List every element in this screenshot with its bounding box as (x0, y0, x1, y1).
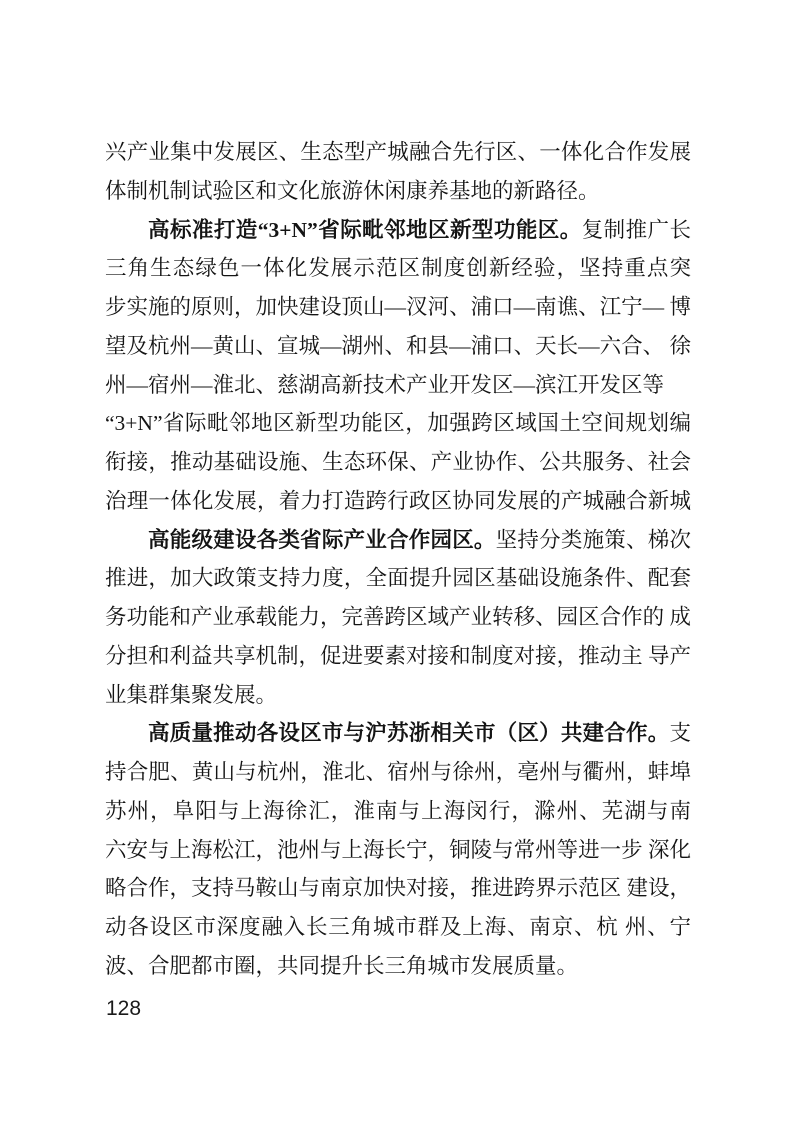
document-page: 兴产业集中发展区、生态型产城融合先行区、一体化合作发展体制机制试验区和文化旅游休… (0, 0, 793, 1122)
body-text: 复制推广长 (582, 218, 691, 242)
text-line: 兴产业集中发展区、生态型产城融合先行区、一体化合作发展 (105, 133, 691, 172)
text-line: 衔接，推动基础设施、生态环保、产业协作、公共服务、社会 (105, 443, 691, 482)
text-line: 推进，加大政策支持力度，全面提升园区基础设施条件、配套 服 (105, 559, 691, 598)
text-line: 动各设区市深度融入长三角城市群及上海、南京、杭 州、宁 (105, 908, 691, 947)
body-text: 三角生态绿色一体化发展示范区制度创新经验，坚持重点突破、 分 (105, 256, 691, 288)
bold-heading-text: 高质量推动各设区市与沪苏浙相关市（区）共建合作。 (148, 721, 669, 745)
body-text: “3+N”省际毗邻地区新型功能区，加强跨区域国土空间规划编制 (105, 411, 691, 443)
text-line: “3+N”省际毗邻地区新型功能区，加强跨区域国土空间规划编制 (105, 404, 691, 443)
bold-heading-text: 高标准打造“3+N”省际毗邻地区新型功能区。 (148, 218, 582, 242)
text-line: 高能级建设各类省际产业合作园区。坚持分类施策、梯次 (105, 521, 691, 560)
body-text: 苏州，阜阳与上海徐汇，淮南与上海闵行，滁州、芜湖与南 京， (105, 799, 691, 831)
body-text: 波、合肥都市圈，共同提升长三角城市发展质量。 (105, 954, 578, 978)
body-text: 步实施的原则，加快建设顶山—汊河、浦口—南谯、江宁— 博 (105, 295, 691, 319)
body-text: 治理一体化发展，着力打造跨行政区协同发展的产城融合新城区。 (105, 489, 691, 521)
text-line: 略合作，支持马鞍山与南京加快对接，推进跨界示范区 建设，推 (105, 869, 691, 908)
text-line: 业集群集聚发展。 (105, 676, 691, 715)
text-line: 望及杭州—黄山、宣城—湖州、和县—浦口、天长—六合、 徐 (105, 327, 691, 366)
text-line: 步实施的原则，加快建设顶山—汊河、浦口—南谯、江宁— 博 (105, 288, 691, 327)
body-text: 略合作，支持马鞍山与南京加快对接，推进跨界示范区 建设，推 (105, 876, 691, 908)
text-line: 体制机制试验区和文化旅游休闲康养基地的新路径。 (105, 172, 691, 211)
body-text: 推进，加大政策支持力度，全面提升园区基础设施条件、配套 服 (105, 566, 691, 598)
text-line: 务功能和产业承载能力，完善跨区域产业转移、园区合作的 成本 (105, 598, 691, 637)
body-text: 务功能和产业承载能力，完善跨区域产业转移、园区合作的 成本 (105, 605, 691, 637)
page-number: 128 (106, 995, 141, 1023)
text-line: 分担和利益共享机制，促进要素对接和制度对接，推动主 导产 (105, 637, 691, 676)
body-text: 体制机制试验区和文化旅游休闲康养基地的新路径。 (105, 179, 600, 203)
text-line: 持合肥、黄山与杭州，淮北、宿州与徐州，亳州与衢州，蚌埠 与 (105, 753, 691, 792)
body-text: 州—宿州—淮北、慈湖高新技术产业开发区—滨江开发区等 (105, 373, 664, 397)
text-line: 苏州，阜阳与上海徐汇，淮南与上海闵行，滁州、芜湖与南 京， (105, 792, 691, 831)
body-text: 业集群集聚发展。 (105, 683, 277, 707)
body-text: 衔接，推动基础设施、生态环保、产业协作、公共服务、社会 (105, 450, 691, 474)
bold-heading-text: 高能级建设各类省际产业合作园区。 (148, 528, 496, 552)
text-line: 州—宿州—淮北、慈湖高新技术产业开发区—滨江开发区等 (105, 366, 691, 405)
text-line: 治理一体化发展，着力打造跨行政区协同发展的产城融合新城区。 (105, 482, 691, 521)
text-line: 波、合肥都市圈，共同提升长三角城市发展质量。 (105, 947, 691, 986)
body-text: 望及杭州—黄山、宣城—湖州、和县—浦口、天长—六合、 徐 (105, 334, 691, 358)
body-text: 分担和利益共享机制，促进要素对接和制度对接，推动主 导产 (105, 644, 691, 668)
body-text: 动各设区市深度融入长三角城市群及上海、南京、杭 州、宁 (105, 915, 691, 939)
body-text: 兴产业集中发展区、生态型产城融合先行区、一体化合作发展 (105, 140, 691, 164)
body-text: 持合肥、黄山与杭州，淮北、宿州与徐州，亳州与衢州，蚌埠 与 (105, 760, 691, 792)
text-line: 三角生态绿色一体化发展示范区制度创新经验，坚持重点突破、 分 (105, 249, 691, 288)
text-line: 六安与上海松江，池州与上海长宁，铜陵与常州等进一步 深化战 (105, 831, 691, 870)
body-text: 支 (669, 721, 691, 745)
body-text: 六安与上海松江，池州与上海长宁，铜陵与常州等进一步 深化战 (105, 838, 691, 870)
body-text: 坚持分类施策、梯次 (496, 528, 691, 552)
text-line: 高标准打造“3+N”省际毗邻地区新型功能区。复制推广长 (105, 211, 691, 250)
document-body: 兴产业集中发展区、生态型产城融合先行区、一体化合作发展体制机制试验区和文化旅游休… (105, 133, 691, 986)
text-line: 高质量推动各设区市与沪苏浙相关市（区）共建合作。支 (105, 714, 691, 753)
